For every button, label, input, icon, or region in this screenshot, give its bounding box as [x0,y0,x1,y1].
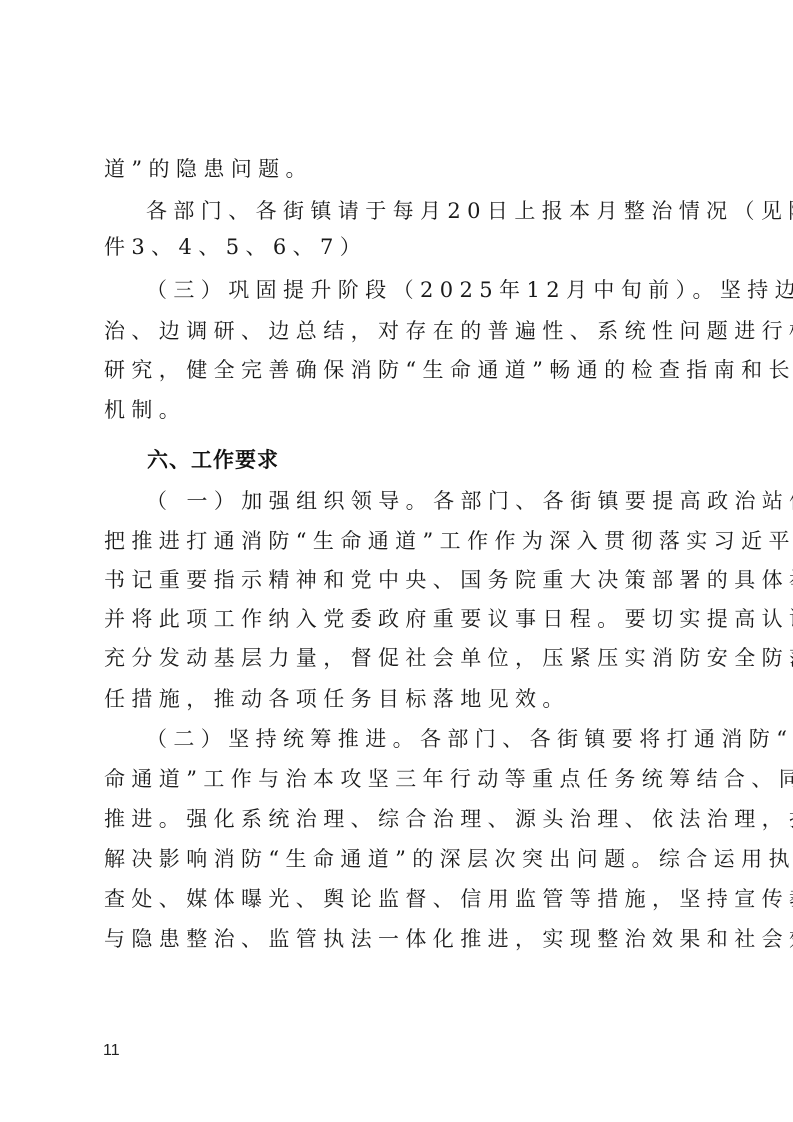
paragraph-line: 命通道”工作与治本攻坚三年行动等重点任务统筹结合、同步 [104,764,704,794]
paragraph-line: （ 一）加强组织领导。各部门、各街镇要提高政治站位， [146,486,746,516]
page-number: 11 [103,1041,120,1061]
paragraph-line: 书记重要指示精神和党中央、国务院重大决策部署的具体举措， [104,565,704,595]
paragraph-line: 各部门、各街镇请于每月20日上报本月整治情况（见附 [146,196,746,226]
paragraph-line: 研究，健全完善确保消防“生命通道”畅通的检查指南和长效 [104,355,704,385]
paragraph-line: 道”的隐患问题。 [104,154,704,184]
paragraph-line: 查处、媒体曝光、舆论监督、信用监管等措施，坚持宣传教育 [104,884,704,914]
paragraph-line: 与隐患整治、监管执法一体化推进，实现整治效果和社会效果 [104,924,704,954]
section-heading: 六、工作要求 [147,445,279,475]
document-page: 道”的隐患问题。 各部门、各街镇请于每月20日上报本月整治情况（见附 件3、4、… [0,0,793,1122]
paragraph-line: 任措施，推动各项任务目标落地见效。 [104,684,704,714]
paragraph-line: 充分发动基层力量，督促社会单位，压紧压实消防安全防范责 [104,643,704,673]
paragraph-line: 推进。强化系统治理、综合治理、源头治理、依法治理，推动 [104,804,704,834]
paragraph-line: 解决影响消防“生命通道”的深层次突出问题。综合运用执法 [104,844,704,874]
paragraph-line: 件3、4、5、6、7） [104,232,704,262]
paragraph-line: 机制。 [104,395,704,425]
paragraph-line: 把推进打通消防“生命通道”工作作为深入贯彻落实习近平总 [104,526,704,556]
paragraph-line: 并将此项工作纳入党委政府重要议事日程。要切实提高认识， [104,604,704,634]
paragraph-line: 治、边调研、边总结，对存在的普遍性、系统性问题进行梳理 [104,316,704,346]
paragraph-line: （二）坚持统筹推进。各部门、各街镇要将打通消防“生 [146,724,746,754]
paragraph-line: （三）巩固提升阶段（2025年12月中旬前）。坚持边整 [146,275,746,305]
